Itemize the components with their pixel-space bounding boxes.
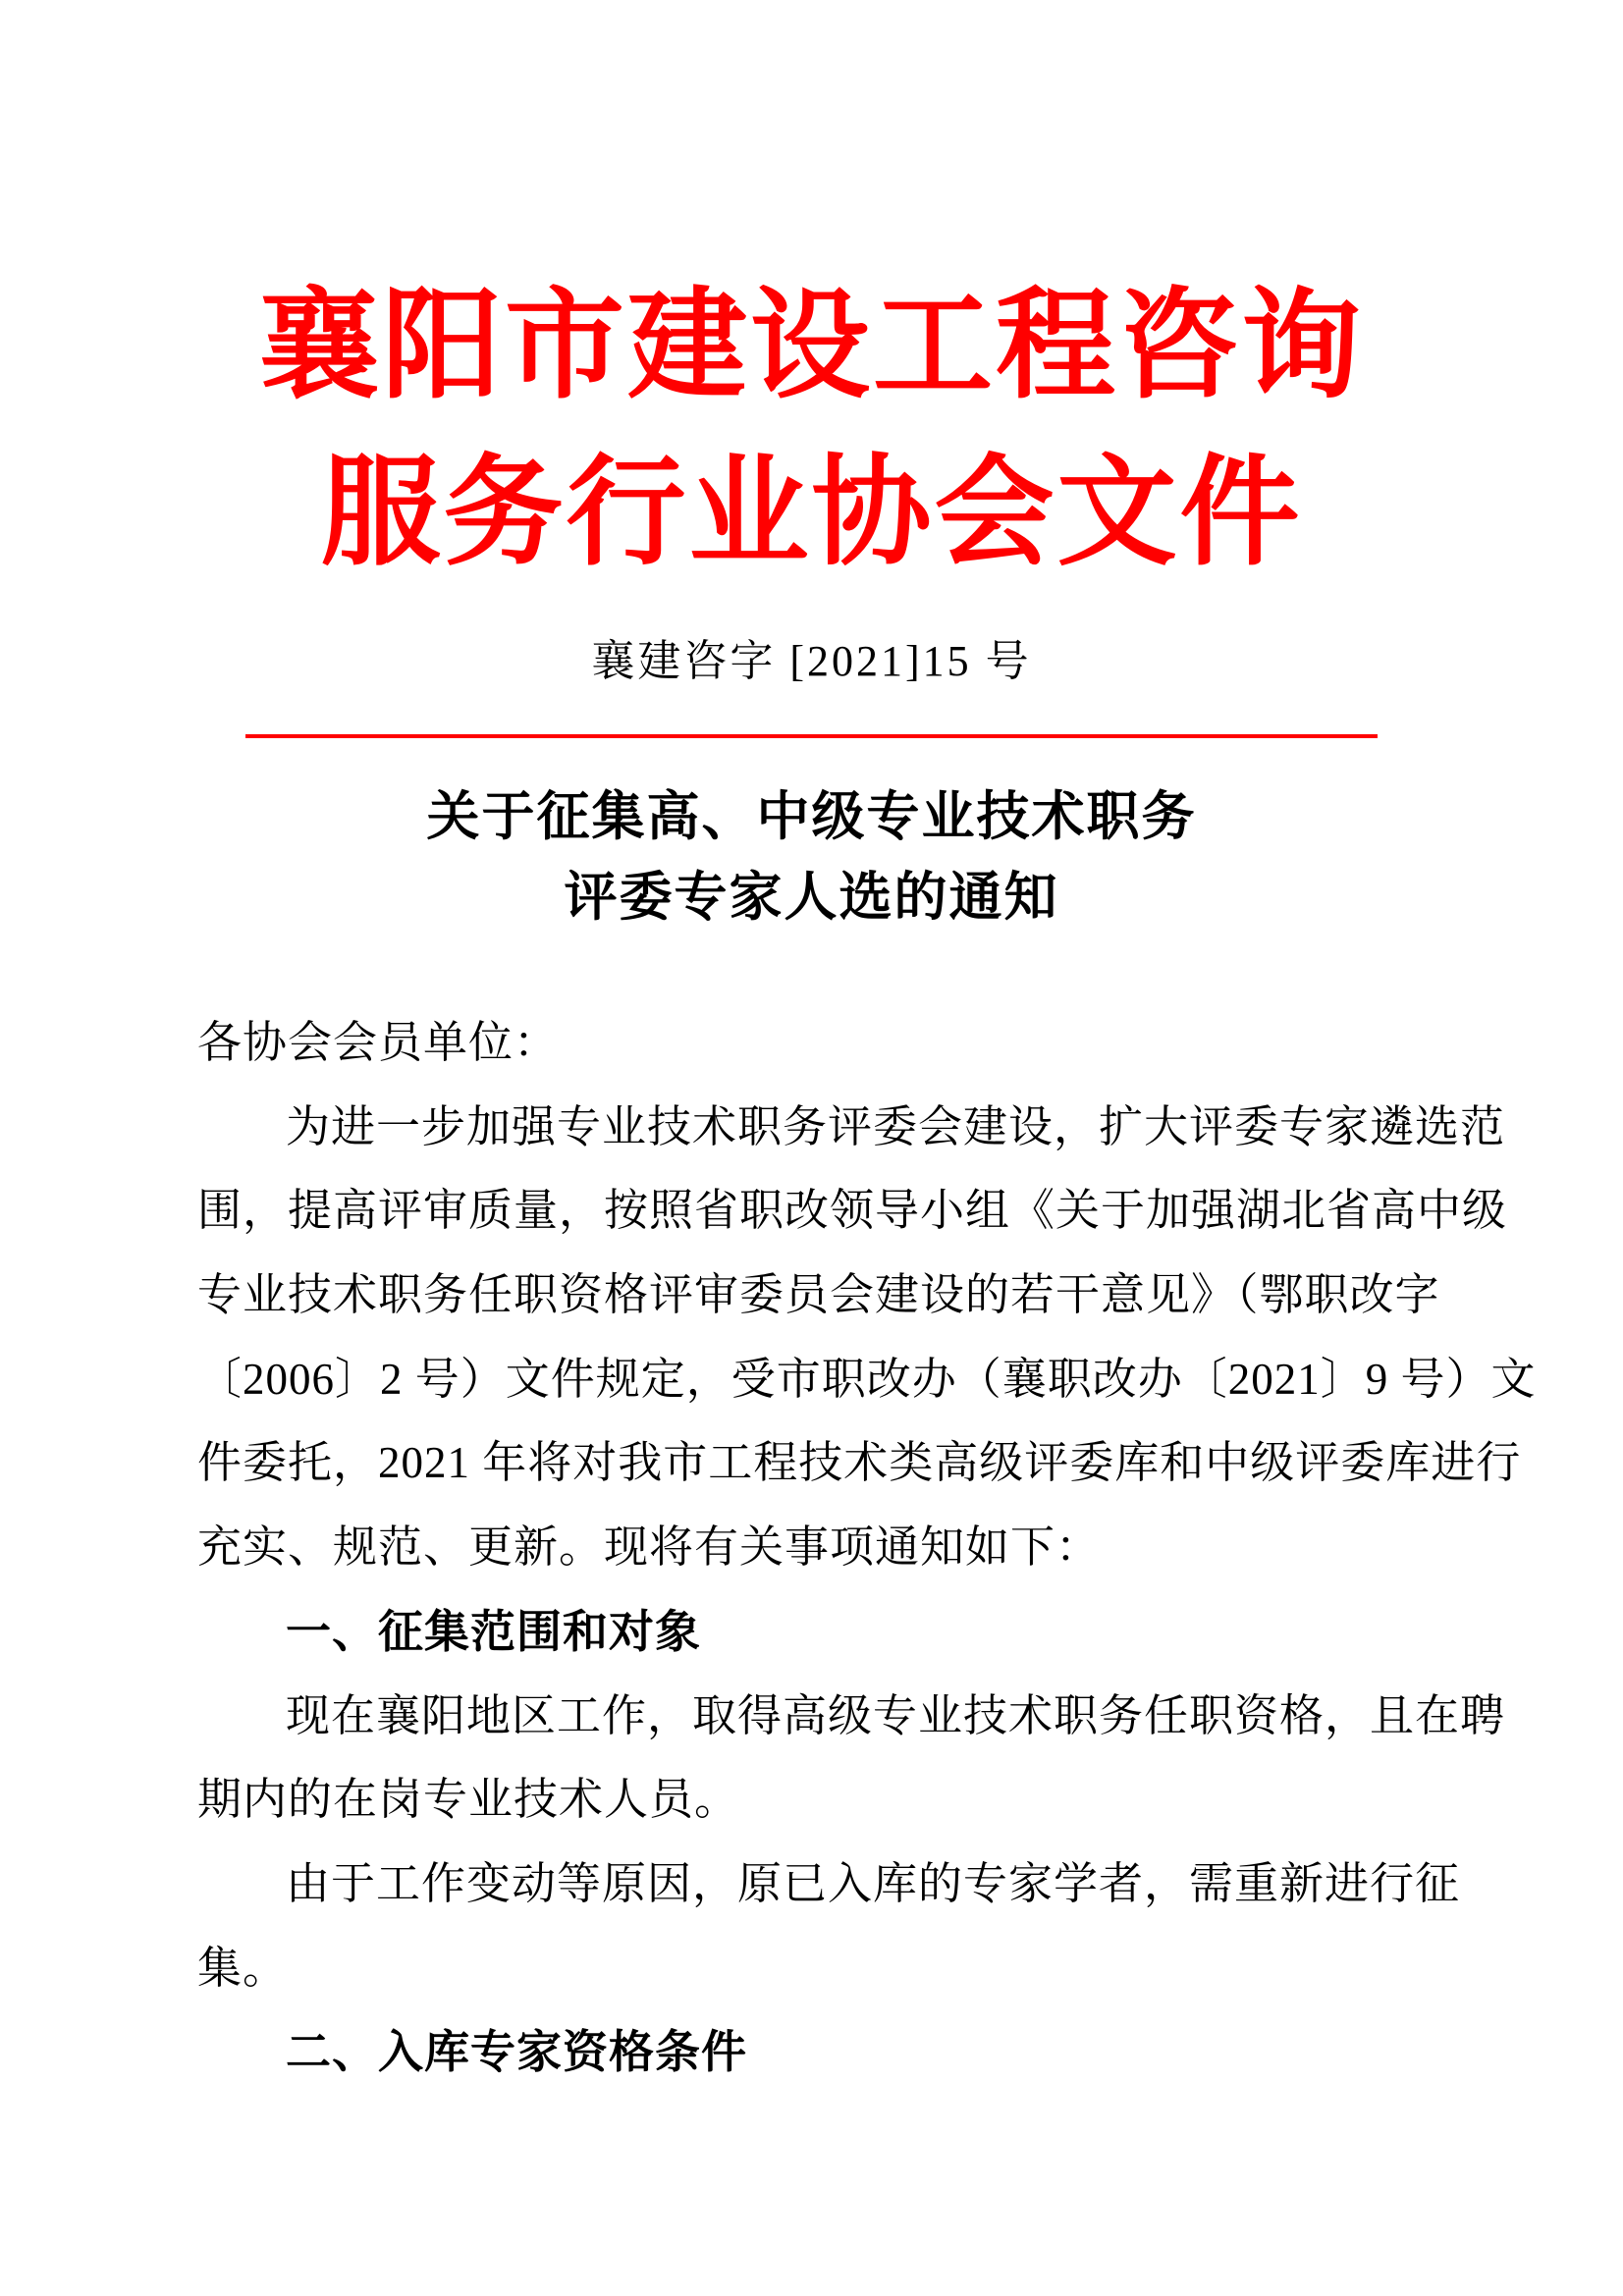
body-line: 期内的在岗专业技术人员。 bbox=[197, 1758, 1436, 1842]
section-heading-1: 一、征集范围和对象 bbox=[197, 1590, 1436, 1675]
subject-title: 关于征集高、中级专业技术职务 评委专家人选的通知 bbox=[0, 776, 1623, 937]
org-title-line1: 襄阳市建设工程咨询 bbox=[0, 264, 1623, 431]
document-number: 襄建咨字 [2021]15 号 bbox=[0, 636, 1623, 687]
masthead: 襄阳市建设工程咨询 服务行业协会文件 bbox=[0, 264, 1623, 598]
subject-title-line2: 评委专家人选的通知 bbox=[0, 857, 1623, 937]
body-line: 围，提高评审质量，按照省职改领导小组《关于加强湖北省高中级 bbox=[197, 1169, 1436, 1254]
body-line: 为进一步加强专业技术职务评委会建设，扩大评委专家遴选范 bbox=[197, 1086, 1436, 1170]
body-line: 〔2006〕2 号）文件规定，受市职改办（襄职改办〔2021〕9 号）文 bbox=[197, 1338, 1436, 1422]
org-title-line2: 服务行业协会文件 bbox=[0, 431, 1623, 598]
body-line: 充实、规范、更新。现将有关事项通知如下： bbox=[197, 1506, 1436, 1590]
body-line: 现在襄阳地区工作，取得高级专业技术职务任职资格，且在聘 bbox=[197, 1675, 1436, 1759]
body-line: 集。 bbox=[197, 1927, 1436, 2011]
body-line: 由于工作变动等原因，原已入库的专家学者，需重新进行征 bbox=[197, 1842, 1436, 1927]
document-page: 襄阳市建设工程咨询 服务行业协会文件 襄建咨字 [2021]15 号 关于征集高… bbox=[0, 0, 1623, 2296]
subject-title-line1: 关于征集高、中级专业技术职务 bbox=[0, 776, 1623, 857]
body-text: 各协会会员单位： 为进一步加强专业技术职务评委会建设，扩大评委专家遴选范 围，提… bbox=[197, 1001, 1436, 2095]
body-line: 件委托，2021 年将对我市工程技术类高级评委库和中级评委库进行 bbox=[197, 1421, 1436, 1506]
red-divider-line bbox=[245, 734, 1378, 738]
section-heading-2: 二、入库专家资格条件 bbox=[197, 2010, 1436, 2095]
salutation: 各协会会员单位： bbox=[197, 1001, 1436, 1086]
body-line: 专业技术职务任职资格评审委员会建设的若干意见》（鄂职改字 bbox=[197, 1254, 1436, 1338]
